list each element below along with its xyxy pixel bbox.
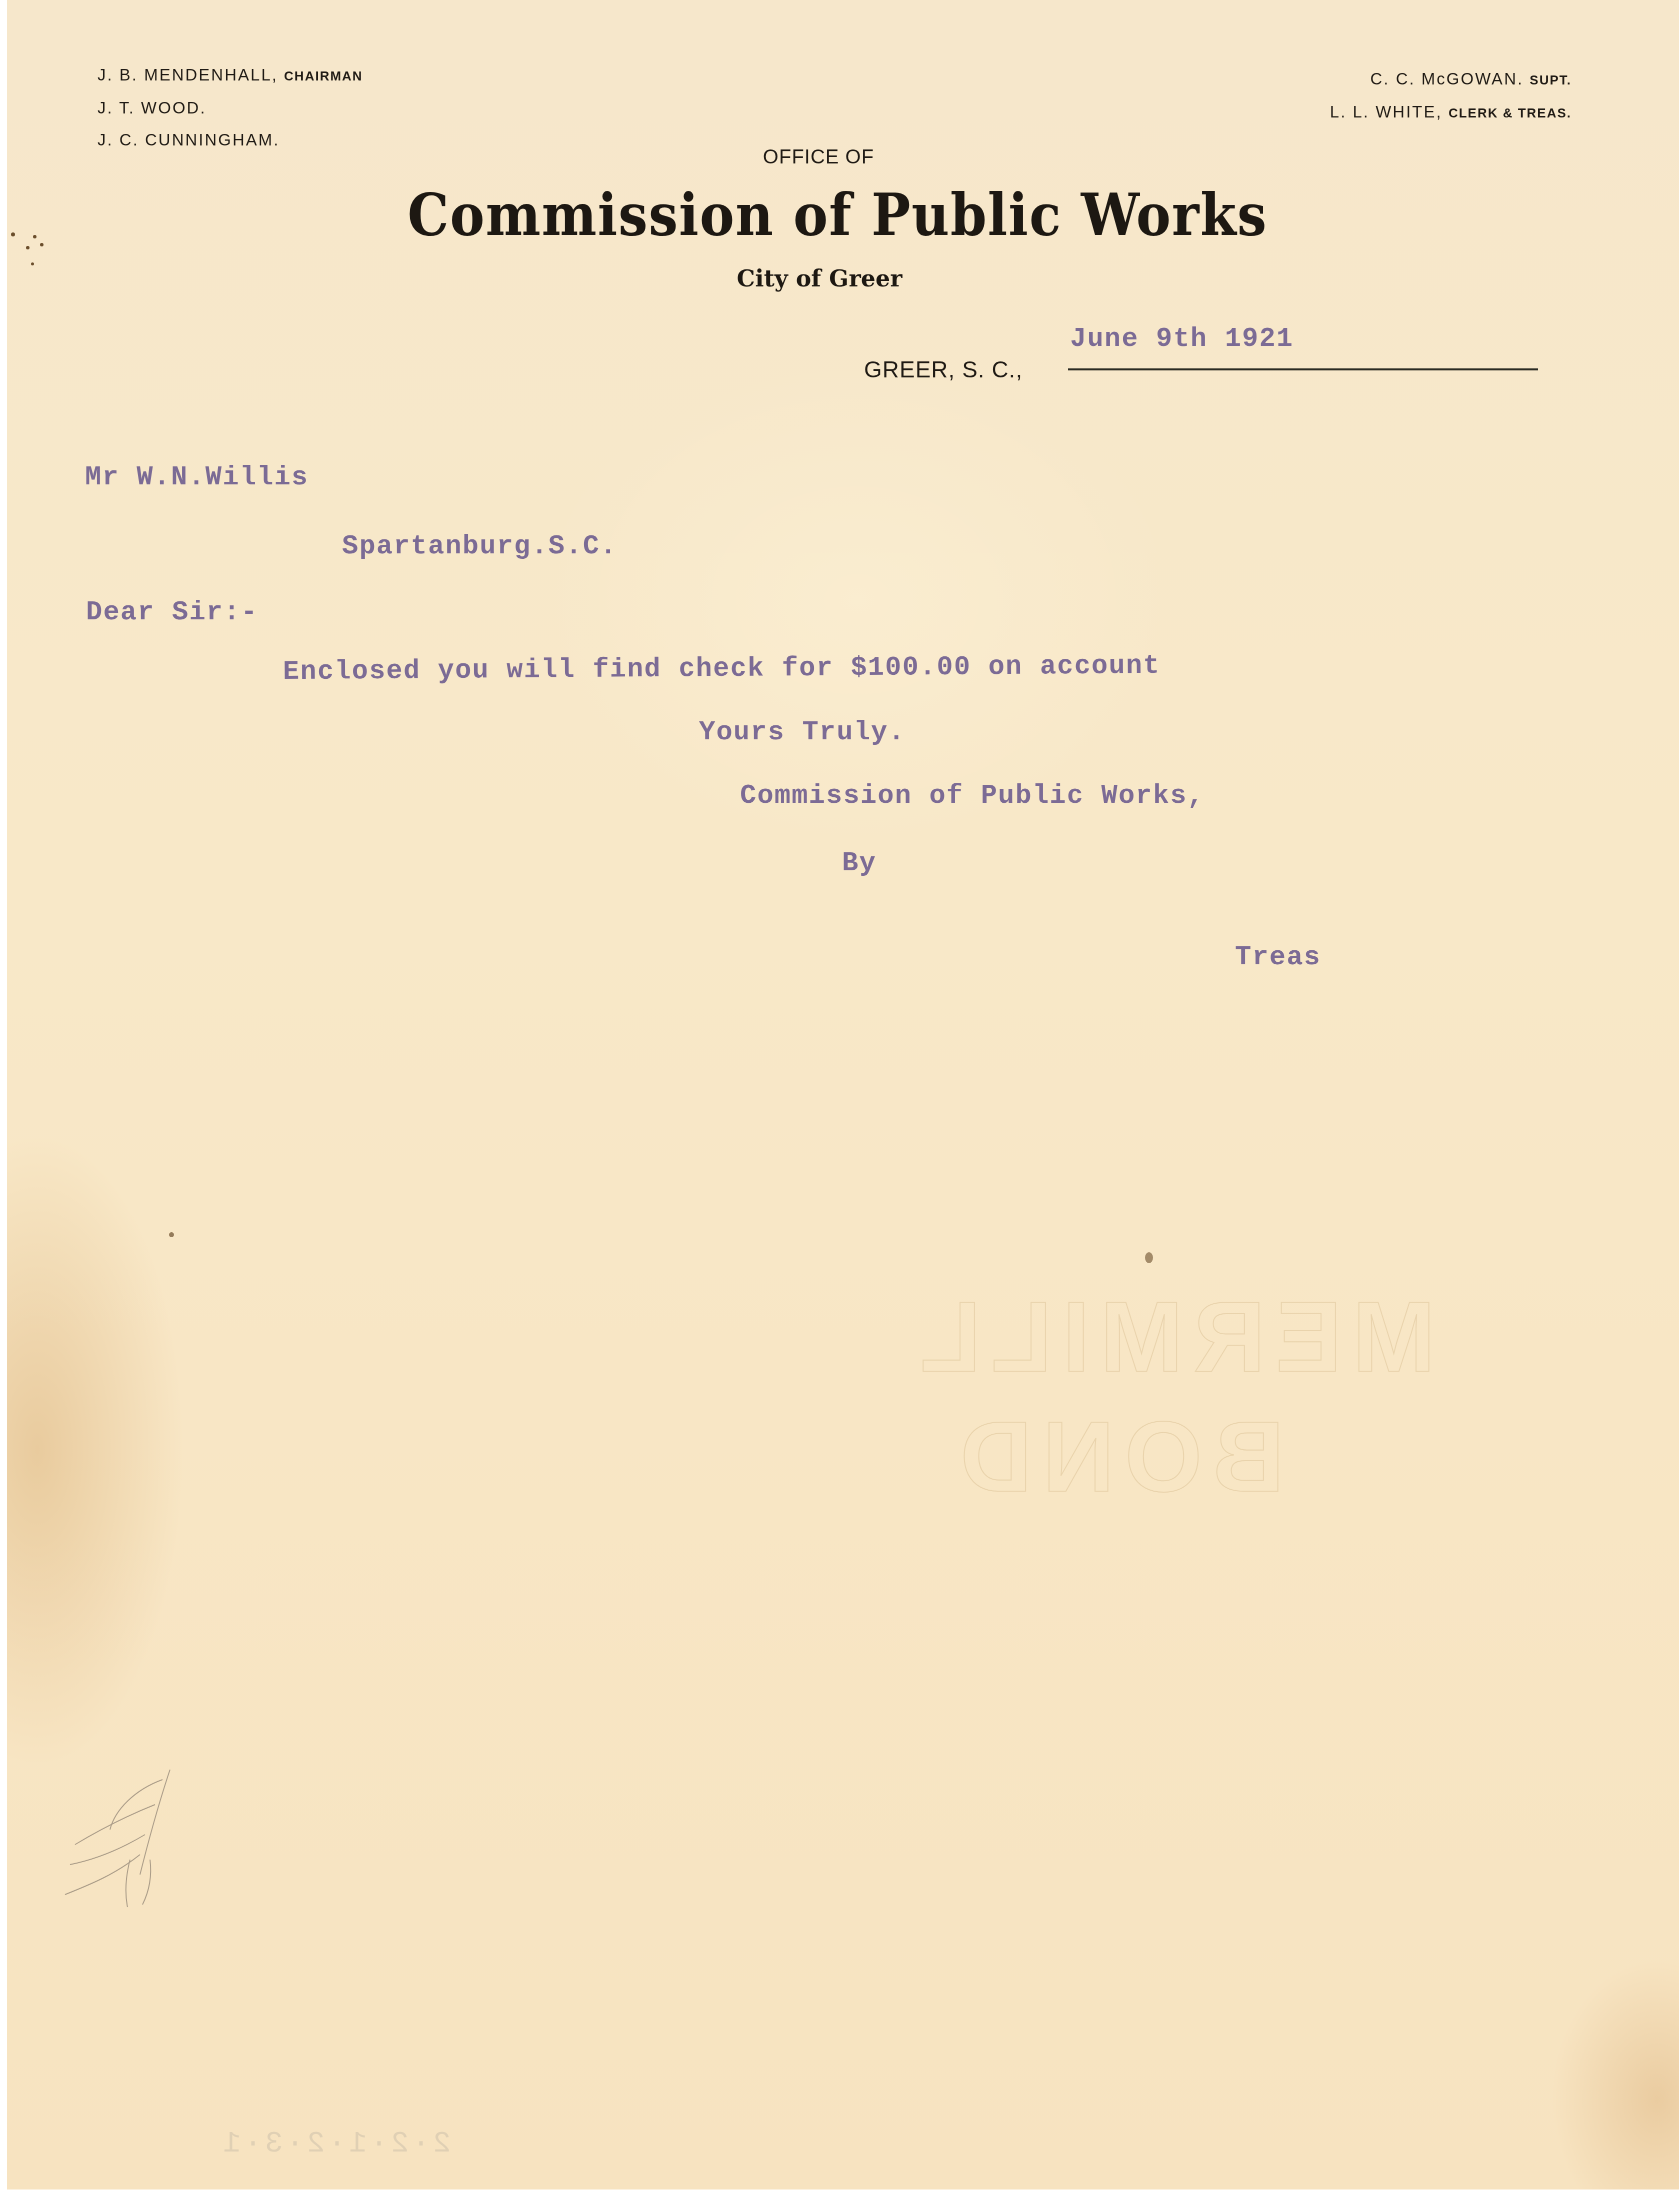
signature-by: By [842, 848, 876, 879]
officer-chairman: J. B. MENDENHALL, CHAIRMAN [97, 59, 363, 92]
officers-right: C. C. McGOWAN. SUPT. L. L. WHITE, CLERK … [1330, 63, 1571, 129]
faint-bleedthrough-mark: 2·2·1·2·3·1 [220, 2127, 451, 2161]
officer-superintendent: C. C. McGOWAN. SUPT. [1330, 63, 1571, 96]
officer-name: C. C. McGOWAN. [1370, 69, 1524, 88]
salutation: Dear Sir:- [86, 597, 258, 628]
paper-speck [11, 232, 15, 236]
letter-body: Enclosed you will find check for $100.00… [283, 651, 1160, 687]
paper-speck [33, 235, 36, 238]
paper-speck [26, 246, 29, 249]
office-of-label: OFFICE OF [0, 146, 1679, 168]
paper-watermark-line1: MERMILL [910, 1280, 1435, 1395]
paper-watermark-line2: BOND [950, 1400, 1284, 1515]
date-rule-line [1068, 368, 1538, 370]
signature-title: Treas [1235, 942, 1321, 973]
recipient-city: Spartanburg.S.C. [342, 531, 617, 562]
letter-date: June 9th 1921 [1070, 324, 1293, 354]
city-subtitle: City of Greer [0, 265, 1679, 292]
city-subtitle-text: City of Greer [737, 265, 902, 292]
office-of-text: OFFICE OF [763, 146, 874, 168]
recipient-name: Mr W.N.Willis [85, 462, 308, 493]
organization-title: Commission of Public Works [0, 180, 1679, 249]
place-label: GREER, S. C., [864, 356, 1022, 383]
paper-speck [1145, 1252, 1153, 1263]
paper-speck [40, 243, 43, 246]
officer-name: L. L. WHITE, [1330, 102, 1442, 121]
officer-title: SUPT. [1529, 72, 1571, 87]
letter-paper [7, 0, 1679, 2190]
officer-title: CHAIRMAN [284, 68, 363, 83]
signature-organization: Commission of Public Works, [740, 781, 1204, 811]
pencil-scribble-icon [60, 1760, 190, 1910]
closing: Yours Truly. [699, 717, 905, 748]
officer-name: J. T. WOOD. [97, 98, 206, 117]
paper-speck [169, 1232, 174, 1237]
officer-member: J. T. WOOD. [97, 92, 363, 124]
officer-clerk-treasurer: L. L. WHITE, CLERK & TREAS. [1330, 96, 1571, 129]
officers-left: J. B. MENDENHALL, CHAIRMAN J. T. WOOD. J… [97, 59, 363, 156]
officer-title: CLERK & TREAS. [1448, 105, 1571, 120]
organization-title-text: Commission of Public Works [407, 180, 1267, 249]
officer-name: J. B. MENDENHALL, [97, 65, 278, 84]
paper-speck [31, 262, 34, 265]
